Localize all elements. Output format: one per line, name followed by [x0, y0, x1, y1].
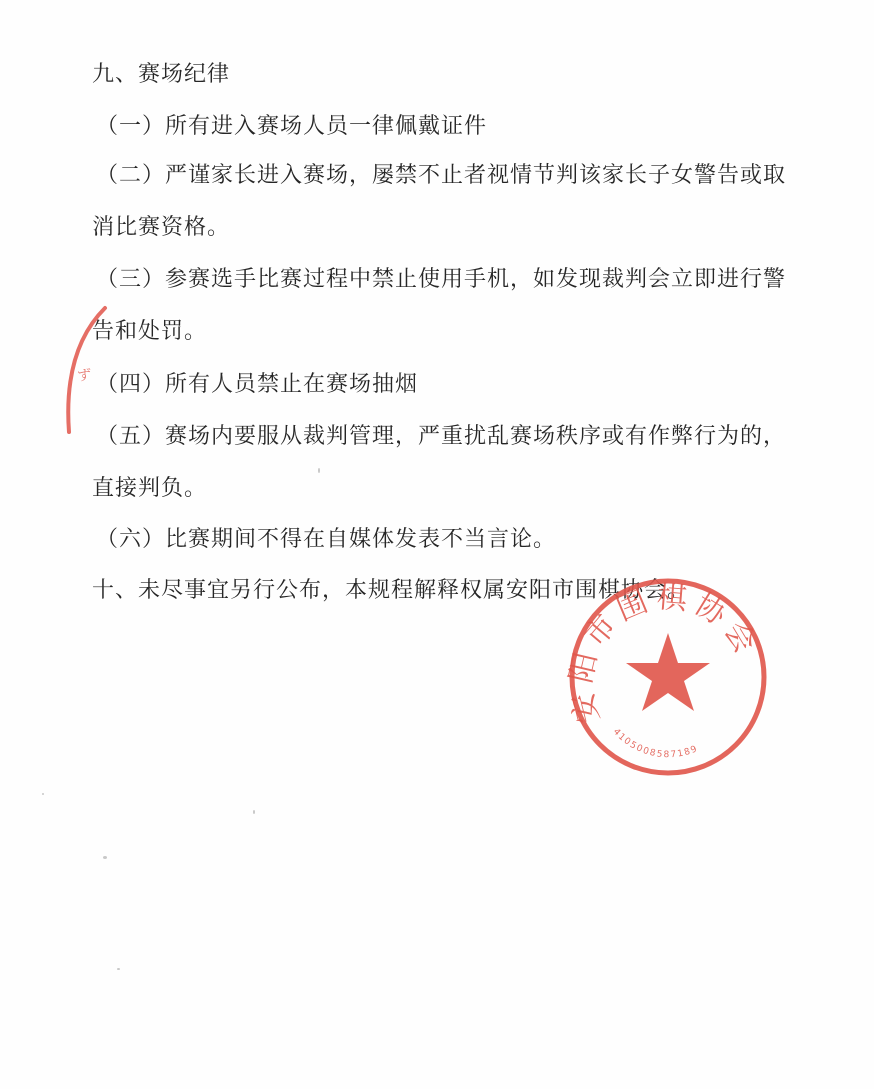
rule-item-4: （四）所有人员禁止在赛场抽烟	[96, 370, 418, 400]
document-page: 九、赛场纪律 （一）所有进入赛场人员一律佩戴证件 （二）严谨家长进入赛场，屡禁不…	[0, 0, 874, 1089]
paper-speck	[253, 810, 255, 814]
paper-speck	[318, 468, 320, 473]
paper-speck	[117, 968, 120, 970]
rule-item-1: （一）所有进入赛场人员一律佩戴证件	[96, 112, 487, 142]
svg-text:4105008587189: 4105008587189	[611, 727, 700, 760]
rule-item-3-line-1: （三）参赛选手比赛过程中禁止使用手机，如发现裁判会立即进行警	[96, 265, 786, 295]
rule-item-5-line-1: （五）赛场内要服从裁判管理，严重扰乱赛场秩序或有作弊行为的，	[96, 422, 786, 452]
rule-item-6: （六）比赛期间不得在自媒体发表不当言论。	[96, 525, 556, 555]
rule-item-2-line-1: （二）严谨家长进入赛场，屡禁不止者视情节判该家长子女警告或取	[96, 161, 786, 191]
partial-seal-stamp: ず	[55, 300, 115, 440]
section-nine-heading: 九、赛场纪律	[92, 60, 230, 90]
star-icon	[626, 633, 710, 711]
paper-speck	[103, 856, 107, 859]
paper-speck	[42, 793, 44, 795]
rule-item-2-line-2: 消比赛资格。	[92, 213, 230, 243]
rule-item-5-line-2: 直接判负。	[92, 474, 207, 504]
svg-text:ず: ず	[77, 368, 91, 384]
association-seal-stamp: 安阳市围棋协会 4105008587189	[566, 575, 770, 779]
